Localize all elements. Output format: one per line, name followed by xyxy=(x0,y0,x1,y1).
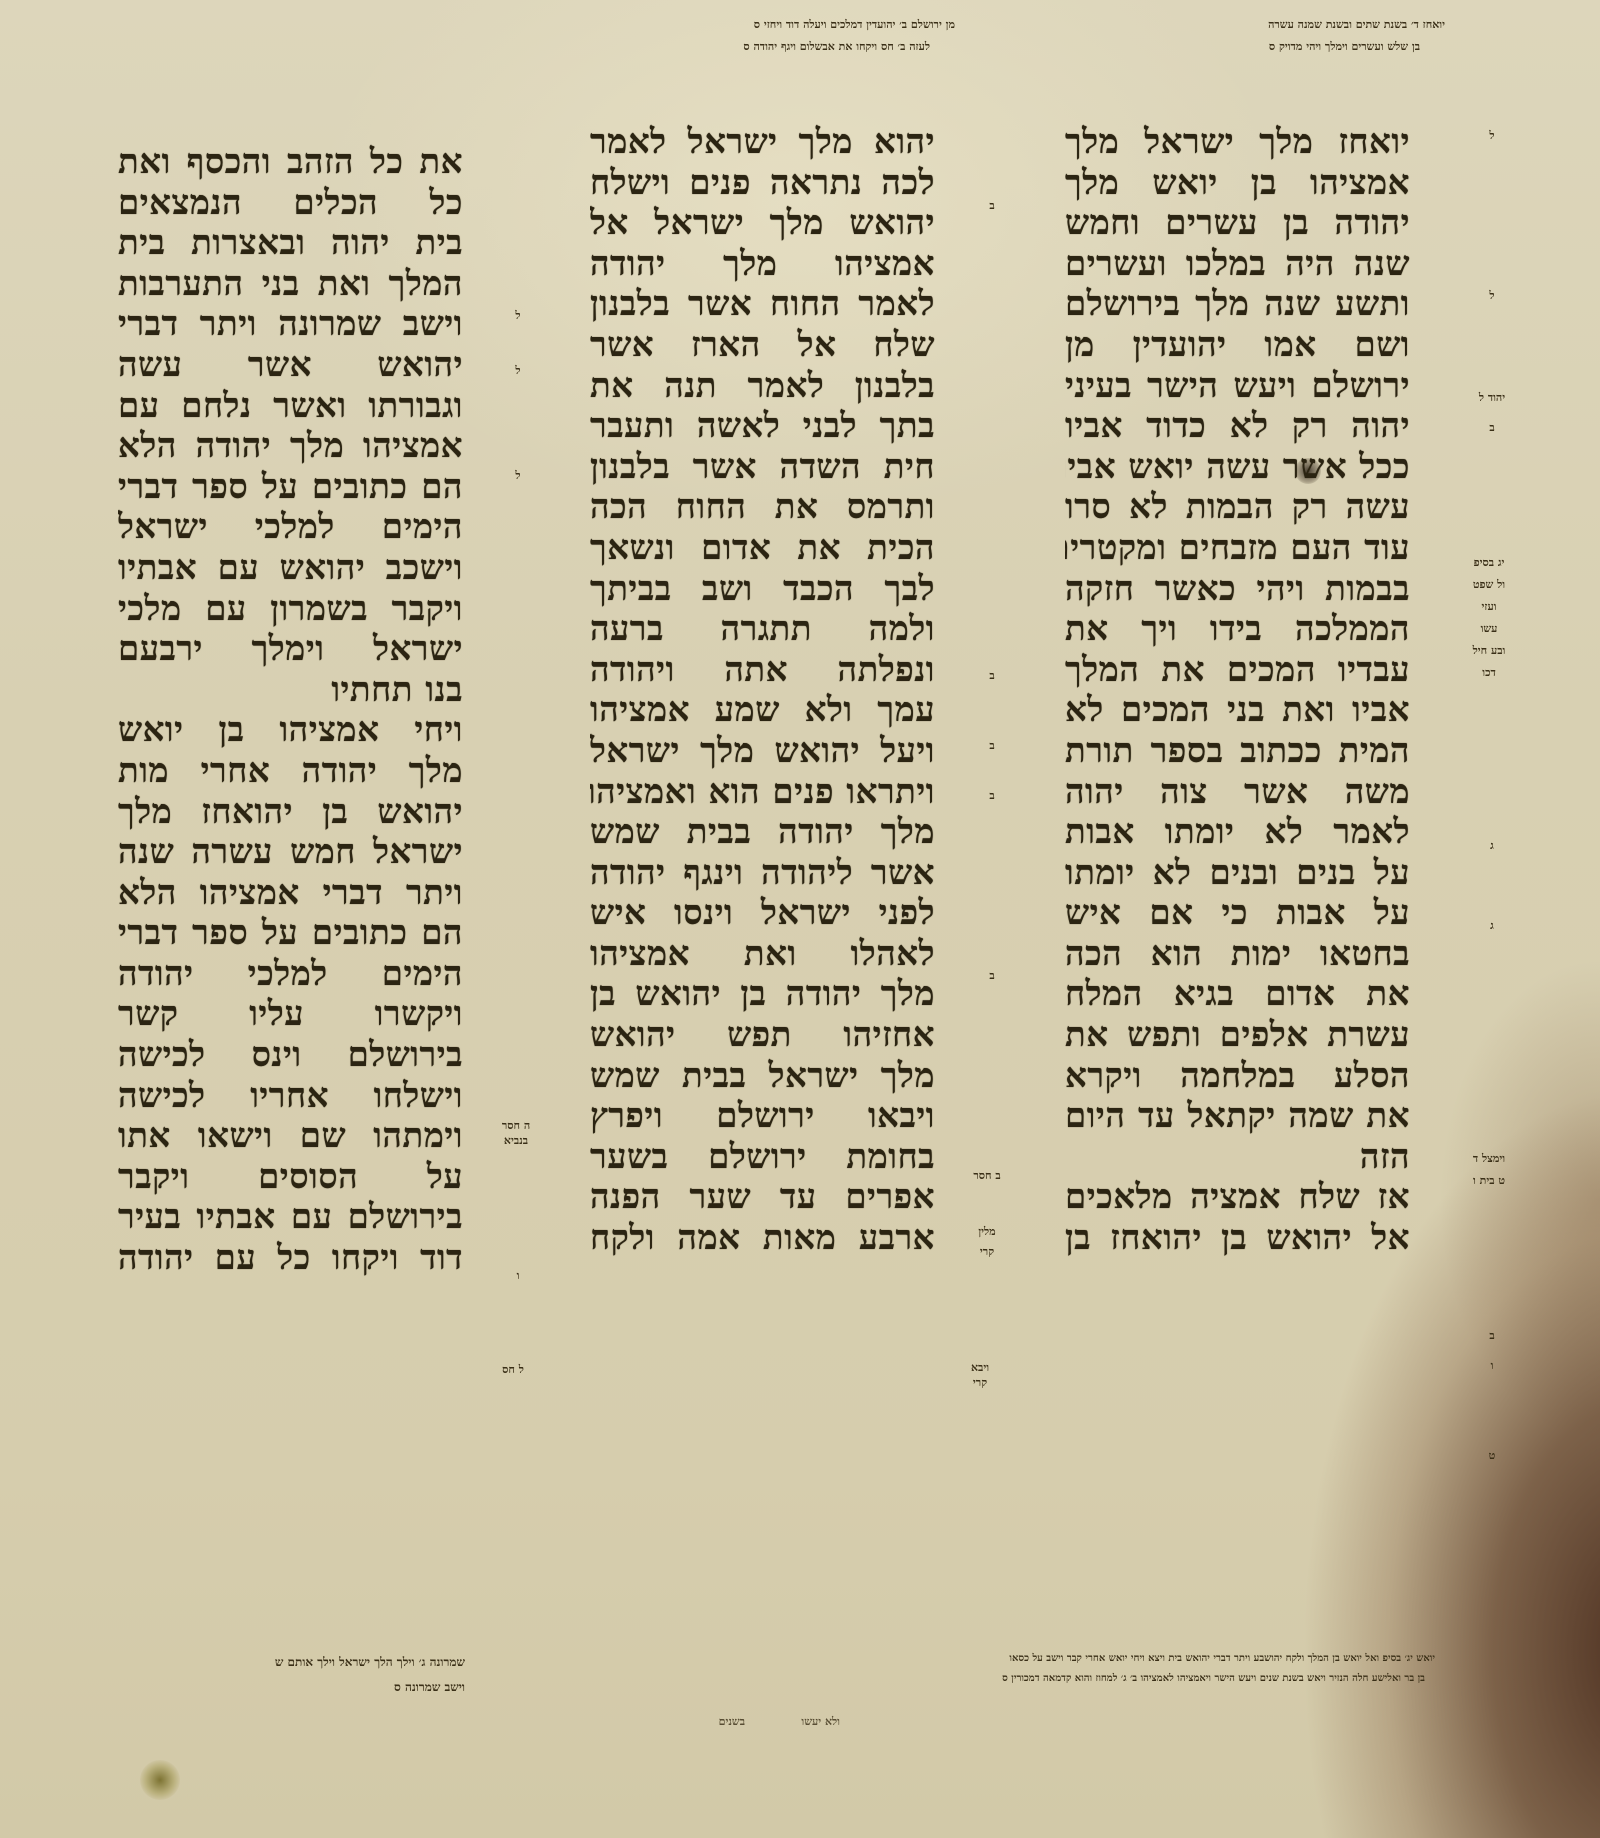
text-line: מלך יהודה בן יהואש בן xyxy=(590,974,935,1015)
text-line: אמציהו בן יואש מלך xyxy=(1065,163,1410,204)
text-line: עשרת אלפים ותפש את xyxy=(1065,1015,1410,1056)
masora-note: ויבא קרי xyxy=(965,1360,995,1390)
masora-note: יג בסיפ ול שפט ועזי עשו ובע חיל דכו xyxy=(1472,552,1506,684)
top-masora-middle-1: מן ירושלם ב׳ יהועדין דמלכים ויעלה דוד וי… xyxy=(754,18,955,32)
text-line: יהוא מלך ישראל לאמר xyxy=(590,122,935,163)
masora-note: ה חסר בנביא xyxy=(498,1118,534,1148)
text-line: בחומת ירושלם בשער xyxy=(590,1137,935,1178)
text-column-right: יואחז מלך ישראל מלך אמציהו בן יואש מלך י… xyxy=(1065,122,1410,1259)
text-line: יהואש מלך ישראל אל xyxy=(590,203,935,244)
text-line: לבך הכבד ושב בביתך xyxy=(590,569,935,610)
text-line: ארבע מאות אמה ולקח xyxy=(590,1218,935,1259)
text-line: ולמה תתגרה ברעה xyxy=(590,609,935,650)
text-line: ותשע שנה מלך בירושלם xyxy=(1065,284,1410,325)
bottom-signature-2: ולא יעשו xyxy=(801,1715,840,1729)
text-line: אמציהו מלך יהודה xyxy=(590,244,935,285)
text-line: בלבנון לאמר תנה את xyxy=(590,366,935,407)
masora-note: ב xyxy=(972,198,1012,213)
bottom-masora-middle-2: בן בר ואלישע חלה הנזיר ויאש בשנת שנים וי… xyxy=(1002,1672,1425,1686)
text-line: וישכב יהואש עם אבתיו xyxy=(118,548,463,589)
manuscript-page: יואחז ד׳ בשנת שתים ובשנת שמנה עשרה בן של… xyxy=(0,0,1600,1838)
text-line-short: בנו תחתיו xyxy=(118,670,463,711)
bottom-masora-left-1: שמרונה ג׳ וילך הלך ישראל וילך אותם ש xyxy=(275,1655,465,1669)
masora-note: ל xyxy=(1472,128,1512,143)
masora-note: מלין קרי xyxy=(972,1222,1002,1262)
masora-note: ב xyxy=(972,738,1012,753)
text-line: יהואש בן יהואחז מלך xyxy=(118,792,463,833)
text-line: אמציהו מלך יהודה הלא xyxy=(118,426,463,467)
text-line: שנה היה במלכו ועשרים xyxy=(1065,244,1410,285)
text-line: ותרמס את החוח הכה xyxy=(590,487,935,528)
text-line: המית ככתוב בספר תורת xyxy=(1065,731,1410,772)
text-line: אל יהואש בן יהואחז בן xyxy=(1065,1218,1410,1259)
text-line: הימים למלכי ישראל xyxy=(118,507,463,548)
text-line: מלך יהודה בבית שמש xyxy=(590,812,935,853)
text-line: ישראל וימלך ירבעם xyxy=(118,629,463,670)
text-line: לאמר החוח אשר בלבנון xyxy=(590,284,935,325)
top-masora-right-1: יואחז ד׳ בשנת שתים ובשנת שמנה עשרה xyxy=(1268,18,1445,32)
text-line: הם כתובים על ספר דברי xyxy=(118,467,463,508)
text-line: בירושלם עם אבתיו בעיר xyxy=(118,1197,463,1238)
masora-note: ב חסר xyxy=(972,1168,1002,1183)
text-line: עוד העם מזבחים ומקטרים xyxy=(1065,528,1410,569)
masora-note: ל xyxy=(498,468,538,483)
text-line: אשר ליהודה וינגף יהודה xyxy=(590,853,935,894)
text-line: עבדיו המכים את המלך xyxy=(1065,650,1410,691)
bottom-masora-left-2: וישב שמרונה ס xyxy=(394,1680,465,1694)
text-line: יהואש אשר עשה xyxy=(118,345,463,386)
text-line: כל הכלים הנמצאים xyxy=(118,183,463,224)
text-column-left: את כל הזהב והכסף ואת כל הכלים הנמצאים בי… xyxy=(118,142,463,1279)
text-line: על הסוסים ויקבר xyxy=(118,1157,463,1198)
text-line: יואחז מלך ישראל מלך xyxy=(1065,122,1410,163)
text-line: מלך יהודה אחרי מות xyxy=(118,751,463,792)
text-line: את כל הזהב והכסף ואת xyxy=(118,142,463,183)
masora-note: יהוד ל xyxy=(1472,390,1512,405)
text-line: המלך ואת בני התערבות xyxy=(118,264,463,305)
masora-note: וימצל ד ט בית ו xyxy=(1472,1148,1506,1192)
text-line: ירושלם ויעש הישר בעיני xyxy=(1065,366,1410,407)
text-line: ויקבר בשמרון עם מלכי xyxy=(118,589,463,630)
top-masora-right-2: בן שלש ועשרים וימלך ויהי מדויק ס xyxy=(1269,40,1420,54)
masora-note: ל חס xyxy=(498,1362,528,1377)
text-line: חית השדה אשר בלבנון xyxy=(590,447,935,488)
text-line: לפני ישראל וינסו איש xyxy=(590,893,935,934)
text-line: בית יהוה ובאצרות בית xyxy=(118,223,463,264)
text-line: אז שלח אמציה מלאכים xyxy=(1065,1177,1410,1218)
text-line: הם כתובים על ספר דברי xyxy=(118,913,463,954)
text-line: לאהלו ואת אמציהו xyxy=(590,934,935,975)
text-line: ושם אמו יהועדין מן xyxy=(1065,325,1410,366)
text-line: על בנים ובנים לא יומתו xyxy=(1065,853,1410,894)
text-line: בחטאו ימות הוא הכה xyxy=(1065,934,1410,975)
text-line: ויעל יהואש מלך ישראל xyxy=(590,731,935,772)
masora-note: ל xyxy=(498,308,538,323)
text-line: ונפלתה אתה ויהודה xyxy=(590,650,935,691)
text-line: וישב שמרונה ויתר דברי xyxy=(118,304,463,345)
masora-note: ב xyxy=(972,668,1012,683)
text-line: וגבורתו ואשר נלחם עם xyxy=(118,386,463,427)
text-line: את אדום בגיא המלח xyxy=(1065,974,1410,1015)
masora-note: ג xyxy=(1472,918,1512,933)
text-line: עמך ולא שמע אמציהו xyxy=(590,690,935,731)
text-line: יהוה רק לא כדוד אביו xyxy=(1065,406,1410,447)
masora-note: ב xyxy=(972,788,1012,803)
text-line: אביו ואת בני המכים לא xyxy=(1065,690,1410,731)
text-line: וימתהו שם וישאו אתו xyxy=(118,1116,463,1157)
text-line: ויחי אמציהו בן יואש xyxy=(118,710,463,751)
text-line: עשה רק הבמות לא סרו xyxy=(1065,487,1410,528)
text-line: ישראל חמש עשרה שנה xyxy=(118,832,463,873)
text-line: ויתר דברי אמציהו הלא xyxy=(118,873,463,914)
masora-note: ב xyxy=(1472,1328,1512,1343)
text-line: לכה נתראה פנים וישלח xyxy=(590,163,935,204)
text-line: משה אשר צוה יהוה xyxy=(1065,772,1410,813)
parchment-stain xyxy=(140,1760,180,1800)
text-line: דוד ויקחו כל עם יהודה xyxy=(118,1238,463,1279)
text-line: על אבות כי אם איש xyxy=(1065,893,1410,934)
text-line: ככל אשר עשה יואש אביו xyxy=(1065,447,1410,488)
masora-note: ט xyxy=(1472,1448,1512,1463)
text-line: בבמות ויהי כאשר חזקה xyxy=(1065,569,1410,610)
top-masora-middle-2: לעזה ב׳ חס ויקחו את אבשלום ויגף יהודה ס xyxy=(743,40,930,54)
masora-note: ל xyxy=(498,363,538,378)
text-column-middle: יהוא מלך ישראל לאמר לכה נתראה פנים וישלח… xyxy=(590,122,935,1259)
text-line: לאמר לא יומתו אבות xyxy=(1065,812,1410,853)
text-line: ויתראו פנים הוא ואמציהו xyxy=(590,772,935,813)
text-line: בתך לבני לאשה ותעבר xyxy=(590,406,935,447)
text-line: שלח אל הארז אשר xyxy=(590,325,935,366)
text-line: ויבאו ירושלם ויפרץ xyxy=(590,1096,935,1137)
bottom-masora-middle-1: יואש יג׳ בסיפ ואל יואש בן המלך ולקח יהוש… xyxy=(1009,1652,1435,1666)
text-line: בירושלם וינס לכישה xyxy=(118,1035,463,1076)
text-line: יהודה בן עשרים וחמש xyxy=(1065,203,1410,244)
masora-note: ו xyxy=(1472,1358,1512,1373)
text-line: הסלע במלחמה ויקרא xyxy=(1065,1056,1410,1097)
bottom-signature-1: בשנים xyxy=(719,1715,745,1729)
masora-note: ב xyxy=(1472,420,1512,435)
text-line-short: הזה xyxy=(1065,1137,1410,1178)
masora-note: ב xyxy=(972,968,1012,983)
masora-note: ו xyxy=(498,1268,538,1283)
text-line: אחזיהו תפש יהואש xyxy=(590,1015,935,1056)
text-line: ויקשרו עליו קשר xyxy=(118,994,463,1035)
text-line: הכית את אדום ונשאך xyxy=(590,528,935,569)
text-line: הימים למלכי יהודה xyxy=(118,954,463,995)
masora-note: ל xyxy=(1472,288,1512,303)
text-line: מלך ישראל בבית שמש xyxy=(590,1056,935,1097)
text-line: הממלכה בידו ויך את xyxy=(1065,609,1410,650)
text-line: את שמה יקתאל עד היום xyxy=(1065,1096,1410,1137)
text-line: וישלחו אחריו לכישה xyxy=(118,1076,463,1117)
masora-note: ג xyxy=(1472,838,1512,853)
text-line: אפרים עד שער הפנה xyxy=(590,1177,935,1218)
